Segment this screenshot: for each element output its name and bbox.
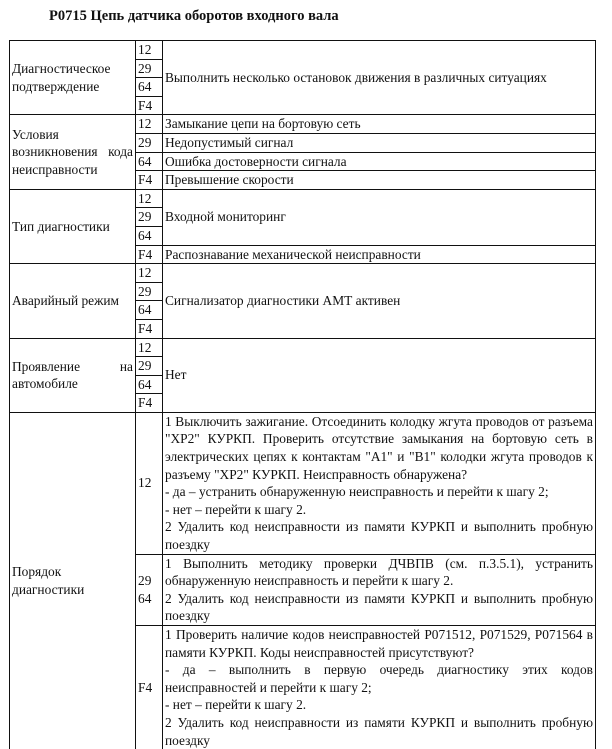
code-cell: 29 xyxy=(136,133,163,152)
procedure-codes-29-64: 29 64 xyxy=(136,554,163,625)
step-line: 2 Удалить код неисправности из памяти КУ… xyxy=(165,714,593,749)
code-cell: 12 xyxy=(136,338,163,357)
step-line: 2 Удалить код неисправности из памяти КУ… xyxy=(165,590,593,625)
page-title: P0715 Цепь датчика оборотов входного вал… xyxy=(49,8,339,25)
diagnostic-table: Диагностическое подтверждение 12 Выполни… xyxy=(9,40,596,749)
condition-text: Замыкание цепи на бортовую сеть xyxy=(163,115,596,134)
label-manifestation: Проявление на автомобиле xyxy=(10,338,136,412)
code-cell: 64 xyxy=(136,78,163,97)
code-cell: 12 xyxy=(136,115,163,134)
row-conditions: Условия возникновения кода неисправности… xyxy=(10,115,596,134)
row-confirmation: Диагностическое подтверждение 12 Выполни… xyxy=(10,41,596,60)
procedure-steps-29-64: 1 Выполнить методику проверки ДЧВПВ (см.… xyxy=(163,554,596,625)
code-cell: 12 xyxy=(136,264,163,283)
code-label: F4 xyxy=(138,679,160,697)
procedure-steps-12: 1 Выключить зажигание. Отсоединить колод… xyxy=(163,412,596,554)
text-diag-type-main: Входной мониторинг xyxy=(163,189,596,245)
code-cell: F4 xyxy=(136,245,163,264)
code-cell: F4 xyxy=(136,171,163,190)
label-emergency: Аварийный режим xyxy=(10,264,136,338)
text-diag-type-f4: Распознавание механической неисправности xyxy=(163,245,596,264)
text-emergency: Сигнализатор диагностики АМТ активен xyxy=(163,264,596,338)
code-cell: 29 xyxy=(136,357,163,376)
row-manifestation: Проявление на автомобиле 12 Нет xyxy=(10,338,596,357)
code-cell: 64 xyxy=(136,152,163,171)
step-line: 1 Выключить зажигание. Отсоединить колод… xyxy=(165,413,593,483)
code-label: 29 xyxy=(138,572,160,590)
code-cell: 29 xyxy=(136,208,163,227)
step-line: 1 Проверить наличие кодов неисправностей… xyxy=(165,626,593,661)
row-procedure: Порядок диагностики 12 1 Выключить зажиг… xyxy=(10,412,596,554)
code-cell: 12 xyxy=(136,41,163,60)
row-diag-type: Тип диагностики 12 Входной мониторинг xyxy=(10,189,596,208)
code-cell: 64 xyxy=(136,375,163,394)
label-diag-type: Тип диагностики xyxy=(10,189,136,263)
step-line: 2 Удалить код неисправности из памяти КУ… xyxy=(165,518,593,553)
label-procedure: Порядок диагностики xyxy=(10,412,136,749)
code-label: 12 xyxy=(138,474,160,492)
condition-text: Превышение скорости xyxy=(163,171,596,190)
step-line: - нет – перейти к шагу 2. xyxy=(165,501,593,519)
code-cell: 12 xyxy=(136,189,163,208)
label-confirmation: Диагностическое подтверждение xyxy=(10,41,136,115)
code-cell: 64 xyxy=(136,226,163,245)
condition-text: Недопустимый сигнал xyxy=(163,133,596,152)
code-cell: F4 xyxy=(136,96,163,115)
procedure-codes-f4: F4 xyxy=(136,626,163,749)
step-line: - да – устранить обнаруженную неисправно… xyxy=(165,483,593,501)
procedure-steps-f4: 1 Проверить наличие кодов неисправностей… xyxy=(163,626,596,749)
code-cell: 29 xyxy=(136,282,163,301)
code-label: 64 xyxy=(138,590,160,608)
text-manifestation: Нет xyxy=(163,338,596,412)
condition-text: Ошибка достоверности сигнала xyxy=(163,152,596,171)
procedure-codes-12: 12 xyxy=(136,412,163,554)
code-cell: 29 xyxy=(136,59,163,78)
step-line: - да – выполнить в первую очередь диагно… xyxy=(165,661,593,696)
code-cell: F4 xyxy=(136,319,163,338)
code-cell: F4 xyxy=(136,394,163,413)
row-emergency: Аварийный режим 12 Сигнализатор диагност… xyxy=(10,264,596,283)
step-line: - нет – перейти к шагу 2. xyxy=(165,696,593,714)
code-cell: 64 xyxy=(136,301,163,320)
step-line: 1 Выполнить методику проверки ДЧВПВ (см.… xyxy=(165,555,593,590)
text-confirmation: Выполнить несколько остановок движения в… xyxy=(163,41,596,115)
label-conditions: Условия возникновения кода неисправности xyxy=(10,115,136,189)
